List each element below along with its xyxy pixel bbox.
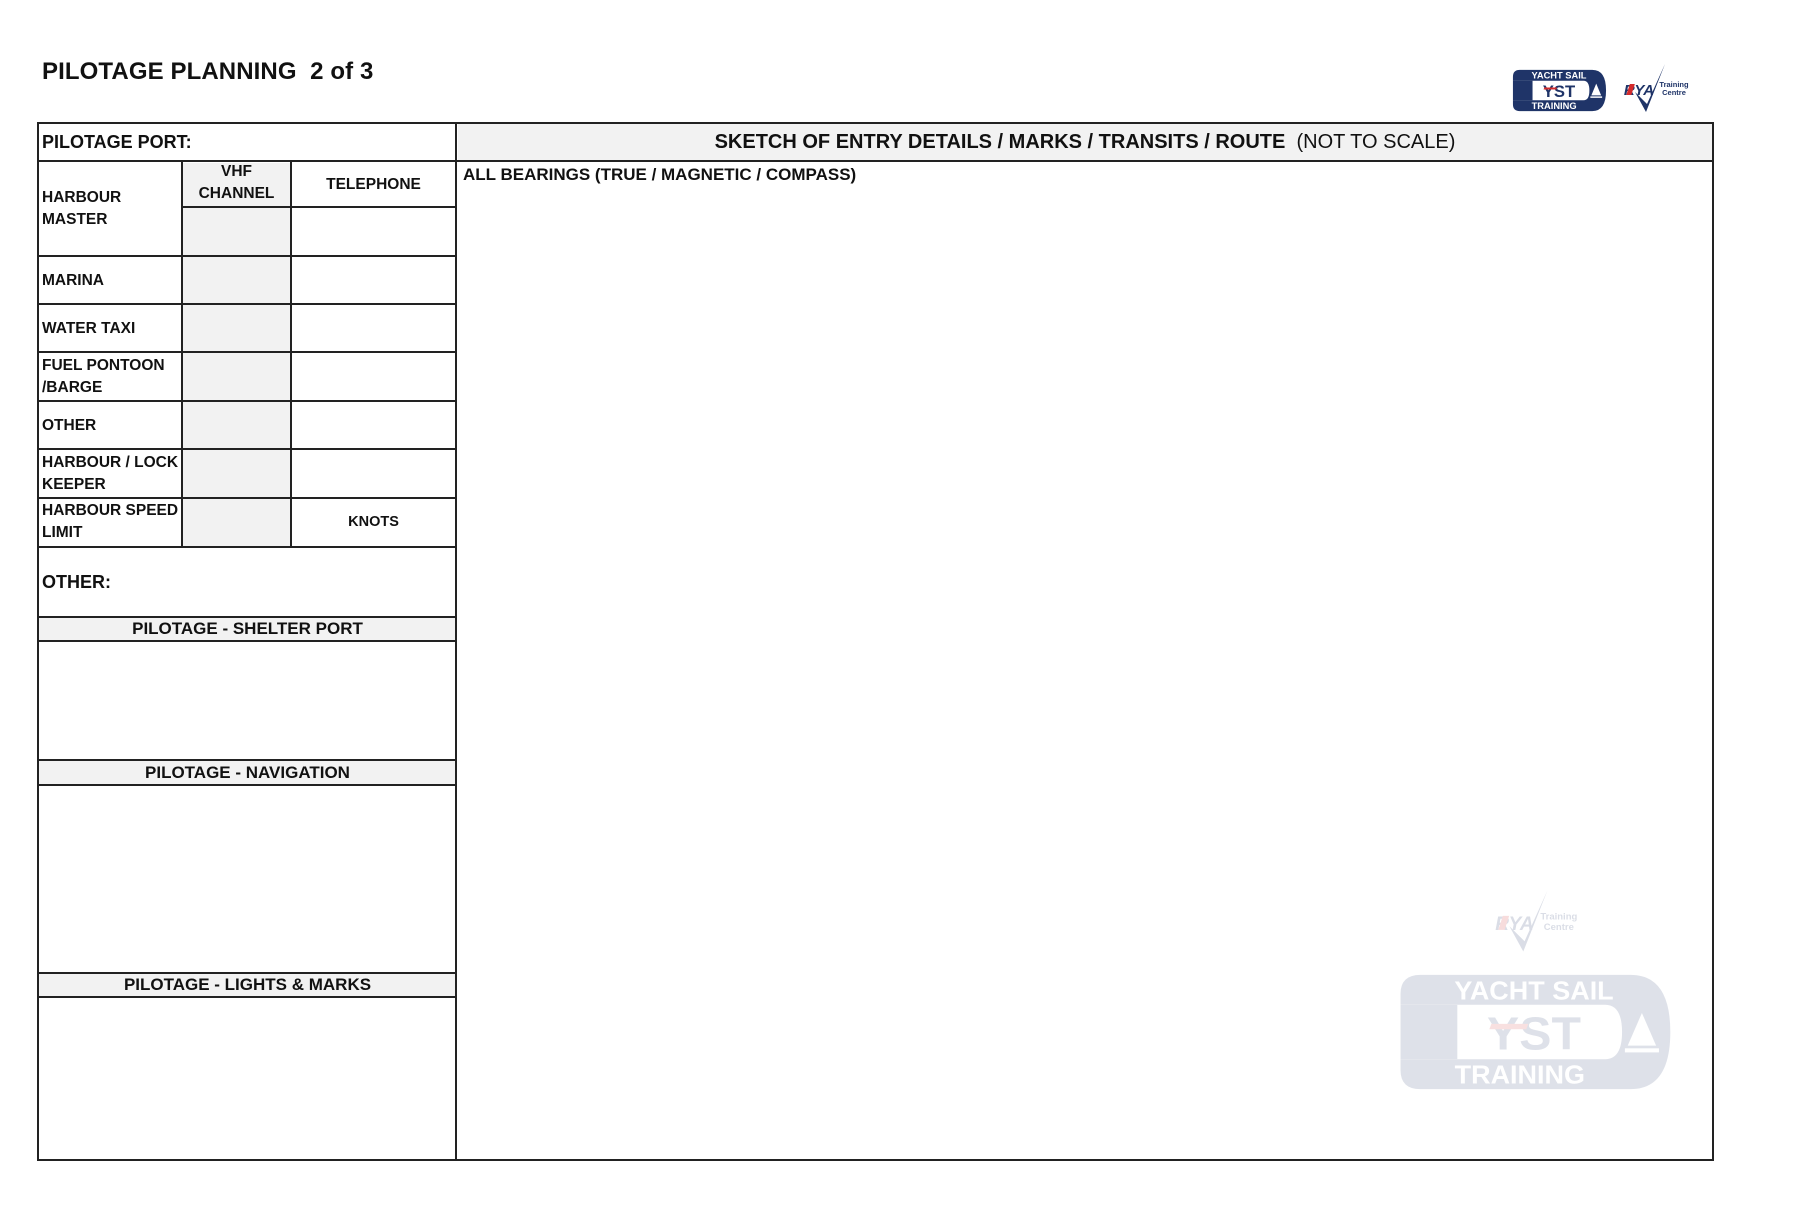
vhf-header-line1: VHF <box>183 161 290 183</box>
vhf-input-other[interactable] <box>183 402 290 448</box>
contact-label-harbour-master: HARBOUR MASTER <box>42 187 121 231</box>
shelter-port-input[interactable] <box>39 642 455 759</box>
svg-text:TRAINING: TRAINING <box>1532 101 1577 111</box>
label-line: /BARGE <box>42 377 165 399</box>
contact-label-water-taxi: WATER TAXI <box>42 318 135 340</box>
label-line: FUEL PONTOON <box>42 355 165 377</box>
page-title: PILOTAGE PLANNING 2 of 3 <box>42 58 373 86</box>
svg-text:YACHT SAIL: YACHT SAIL <box>1532 71 1587 81</box>
yst-watermark-icon: YACHT SAIL YST TRAINING <box>1392 964 1676 1100</box>
vhf-input-water-taxi[interactable] <box>183 305 290 351</box>
rya-logo: RYA Training Centre <box>1620 62 1692 114</box>
bearings-label: ALL BEARINGS (TRUE / MAGNETIC / COMPASS) <box>463 164 856 186</box>
vhf-header: VHF CHANNEL <box>183 161 290 205</box>
sketch-title-bold: SKETCH OF ENTRY DETAILS / MARKS / TRANSI… <box>715 131 1286 153</box>
vhf-input-fuel-pontoon[interactable] <box>183 353 290 400</box>
navigation-input[interactable] <box>39 786 455 972</box>
vhf-input-lock-keeper[interactable] <box>183 450 290 497</box>
telephone-input-harbour-master[interactable] <box>292 208 455 255</box>
contact-label-speed-limit: HARBOUR SPEED LIMIT <box>42 500 178 544</box>
contact-label-marina: MARINA <box>42 270 104 292</box>
lights-marks-input[interactable] <box>39 998 455 1159</box>
port-input[interactable] <box>200 124 454 160</box>
label-line: MASTER <box>42 209 121 231</box>
svg-text:Centre: Centre <box>1662 88 1686 97</box>
contact-label-fuel-pontoon: FUEL PONTOON /BARGE <box>42 355 165 399</box>
yst-watermark: YACHT SAIL YST TRAINING <box>1392 964 1676 1100</box>
vhf-input-harbour-master[interactable] <box>183 208 290 255</box>
port-label: PILOTAGE PORT: <box>42 131 192 153</box>
contact-label-other: OTHER <box>42 415 96 437</box>
svg-text:Training: Training <box>1540 912 1577 923</box>
telephone-input-marina[interactable] <box>292 257 455 303</box>
svg-text:TRAINING: TRAINING <box>1455 1060 1585 1089</box>
label-line: HARBOUR / LOCK <box>42 452 178 474</box>
svg-text:YACHT SAIL: YACHT SAIL <box>1454 976 1613 1005</box>
svg-text:YST: YST <box>1487 1009 1581 1061</box>
label-line: HARBOUR <box>42 187 121 209</box>
section-title-shelter-port: PILOTAGE - SHELTER PORT <box>39 617 456 641</box>
telephone-input-water-taxi[interactable] <box>292 305 455 351</box>
section-title-lights-marks: PILOTAGE - LIGHTS & MARKS <box>39 973 456 997</box>
yst-logo: YACHT SAIL YST TRAINING <box>1510 66 1608 115</box>
label-line: KEEPER <box>42 474 178 496</box>
svg-text:Centre: Centre <box>1544 922 1574 933</box>
vhf-input-speed-limit[interactable] <box>183 499 290 546</box>
section-title-navigation: PILOTAGE - NAVIGATION <box>39 761 456 785</box>
svg-text:YST: YST <box>1543 82 1575 101</box>
telephone-input-lock-keeper[interactable] <box>292 450 455 497</box>
sketch-title-note: (NOT TO SCALE) <box>1296 131 1455 153</box>
contact-label-lock-keeper: HARBOUR / LOCK KEEPER <box>42 452 178 496</box>
telephone-input-other[interactable] <box>292 402 455 448</box>
telephone-input-fuel-pontoon[interactable] <box>292 353 455 400</box>
vhf-input-marina[interactable] <box>183 257 290 303</box>
label-line: LIMIT <box>42 522 178 544</box>
telephone-header: TELEPHONE <box>292 174 455 196</box>
rya-tick-icon: RYA Training Centre <box>1620 62 1692 114</box>
rya-watermark: RYA Training Centre <box>1490 888 1582 954</box>
rya-watermark-icon: RYA Training Centre <box>1490 888 1582 954</box>
other-label: OTHER: <box>42 571 111 593</box>
label-line: HARBOUR SPEED <box>42 500 178 522</box>
other-input[interactable] <box>120 548 455 616</box>
sketch-title: SKETCH OF ENTRY DETAILS / MARKS / TRANSI… <box>458 123 1712 161</box>
knots-unit: KNOTS <box>292 511 455 533</box>
vhf-header-line2: CHANNEL <box>183 183 290 205</box>
yst-badge-icon: YACHT SAIL YST TRAINING <box>1510 66 1608 115</box>
